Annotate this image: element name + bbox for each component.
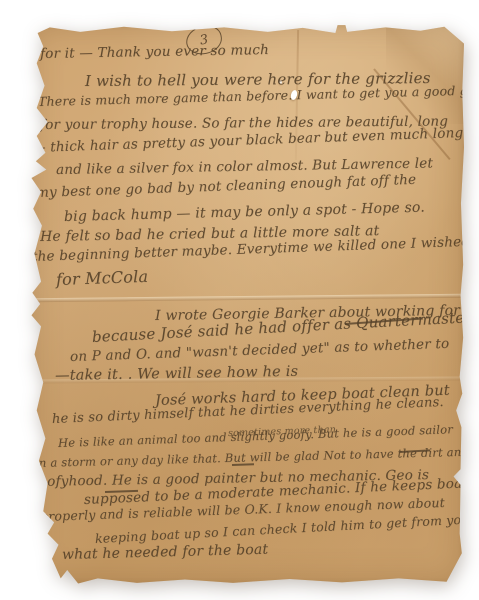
inserted-word-annotation: sometimes more than — [228, 424, 336, 439]
letter-line: keeping boat up so I can check I told hi… — [95, 511, 470, 546]
corner-fold-shade — [386, 24, 464, 124]
letter-line: supposed to be a moderate mechanic. If h… — [84, 474, 479, 508]
margin-mark: ~ — [29, 519, 44, 539]
horizontal-fold-crease — [28, 294, 464, 303]
letter-line: There is much more game than before. I w… — [38, 82, 479, 109]
paper-hole — [290, 89, 298, 100]
letter-line: the beginning better maybe. Everytime we… — [32, 234, 471, 265]
letter-line: for McCola — [56, 267, 149, 289]
ink-underline-good-painter — [105, 490, 138, 493]
letter-line: I wrote Georgie Barker about working for… — [155, 302, 479, 324]
ink-underline-good-sailor — [400, 449, 430, 452]
letter-line: what he needed for the boat — [62, 542, 269, 563]
letter-line: —take it. . We will see how he is — [55, 364, 298, 384]
letter-line: he is so dirty himself that he dirties e… — [52, 395, 444, 427]
page-number-circle: 3 — [184, 23, 224, 57]
letter-line: properly and is reliable will be O.K. I … — [40, 495, 445, 524]
vertical-crease — [295, 30, 299, 160]
letter-line: because José said he had offer as Quarte… — [92, 308, 473, 346]
letter-line: I wish to hell you were here for the gri… — [85, 69, 431, 90]
letter-line: and like a silver fox in color almost. B… — [56, 155, 433, 178]
ink-underline-not — [232, 463, 254, 465]
letter-line: goofyhood. He is a good painter but no m… — [30, 467, 429, 490]
horizontal-fold-crease-faint — [28, 376, 464, 383]
letter-line: José works hard to keep boat clean but — [155, 383, 450, 409]
letter-line: for it — Thank you ever so much — [40, 42, 269, 62]
letter-paper: 3 for it — Thank you ever so muchI wish … — [28, 24, 464, 584]
letter-lines: for it — Thank you ever so muchI wish to… — [28, 24, 464, 584]
letter-line: for your trophy house. So far the hides … — [40, 113, 448, 133]
letter-line: on P and O. and "wasn't decided yet" as … — [70, 336, 450, 365]
letter-line: — thick hair as pretty as your black bea… — [32, 124, 479, 156]
letter-line: He is like an animal too and slightly go… — [58, 422, 453, 450]
letter-line: big back hump — it may be only a spot - … — [64, 200, 425, 225]
paper-shadow-wrap: 3 for it — Thank you ever so muchI wish … — [0, 0, 479, 600]
paper-hole — [279, 80, 282, 84]
page-number: 3 — [199, 32, 210, 48]
letter-line: in a storm or any day like that. But wil… — [35, 445, 469, 470]
corner-fold-crease — [373, 68, 450, 160]
ink-overline-quartermaster — [345, 318, 423, 325]
letter-photo: 3 for it — Thank you ever so muchI wish … — [0, 0, 479, 600]
letter-line: He felt so bad he cried but a little mor… — [40, 223, 380, 245]
letter-line: my best one go bad by not cleaning enoug… — [36, 172, 417, 201]
